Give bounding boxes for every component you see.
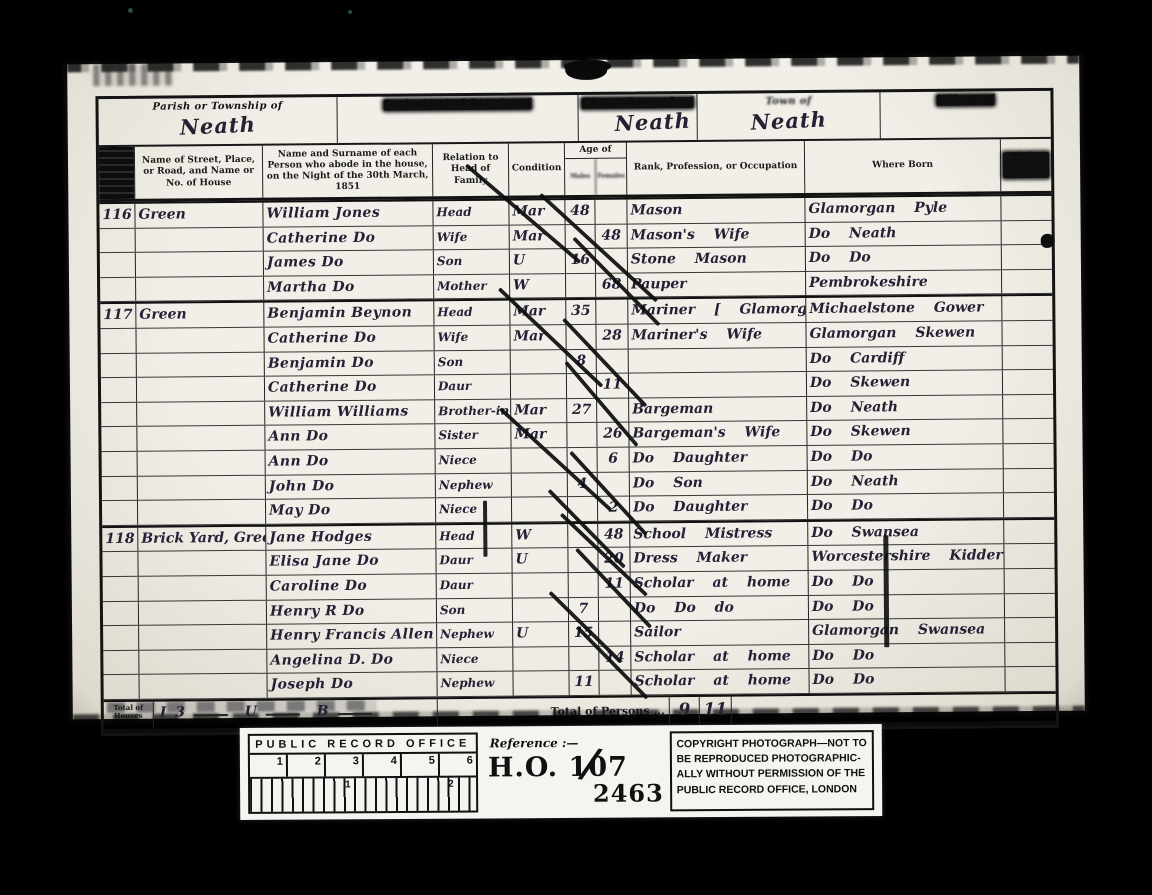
cell-age-male xyxy=(569,573,599,597)
cell-street xyxy=(138,551,266,576)
cell-street xyxy=(136,276,264,301)
pro-reference-box: Reference :— H.O. 107 / 2463 xyxy=(488,731,660,812)
cell-occupation: Bargeman's Wife xyxy=(629,421,807,446)
cell-schedule xyxy=(103,626,139,650)
cell-name: Benjamin Do xyxy=(265,351,435,376)
cell-occupation: Mason's Wife xyxy=(628,223,806,248)
cell-occupation: Do Daughter xyxy=(630,446,808,471)
piece-number: 2463 xyxy=(593,778,664,807)
village-label: Village of xyxy=(937,94,994,105)
cell-schedule xyxy=(103,651,139,675)
census-rows: 116 Green William Jones Head Mar 48 Maso… xyxy=(99,194,1055,700)
pencil-smudge xyxy=(93,64,173,87)
cell-relation: Niece xyxy=(437,647,513,671)
column-headers: Name of Street, Place, or Road, and Name… xyxy=(99,139,1051,202)
col-age: Age of Males Females xyxy=(565,143,627,196)
cell-born: Do Do xyxy=(809,594,1005,619)
cell-occupation: Mason xyxy=(627,198,805,223)
houses-underline xyxy=(194,714,228,716)
scan-speck xyxy=(348,10,352,14)
cell-condition: U xyxy=(513,622,569,646)
ruler-centimetres: 1 2 xyxy=(250,776,476,812)
reference-label: Reference :— xyxy=(490,735,660,750)
cell-relation: Nephew xyxy=(437,672,513,696)
copyright-line: COPYRIGHT PHOTOGRAPH—NOT TO xyxy=(676,736,866,752)
cell-whether xyxy=(1005,643,1055,667)
pro-copyright-box: COPYRIGHT PHOTOGRAPH—NOT TO BE REPRODUCE… xyxy=(669,730,874,811)
town-box: Town of Neath xyxy=(697,92,880,140)
cell-relation: Daur xyxy=(437,573,513,597)
col-schedule xyxy=(99,147,135,199)
cell-born: Glamorgan Skewen xyxy=(806,321,1002,346)
cell-relation: Niece xyxy=(436,498,512,522)
cell-schedule xyxy=(101,378,137,402)
photo-background: Parish or Township of Neath Ecclesiastic… xyxy=(0,0,1152,895)
cell-schedule xyxy=(100,228,136,252)
parish-box: Parish or Township of Neath xyxy=(98,97,337,145)
cell-relation: Son xyxy=(437,598,513,622)
cell-schedule: 117 xyxy=(100,304,136,328)
houses-b-label: B xyxy=(317,703,331,719)
ink-blot xyxy=(565,60,607,80)
col-age-males: Males xyxy=(565,159,596,195)
cell-occupation: School Mistress xyxy=(630,522,808,547)
cell-condition: W xyxy=(510,274,566,298)
cell-name: John Do xyxy=(266,474,436,499)
cell-occupation: Scholar at home xyxy=(631,645,809,670)
cell-relation: Wife xyxy=(434,326,510,350)
cell-born: Do Neath xyxy=(807,395,1003,420)
cell-schedule xyxy=(102,552,138,576)
scan-speck xyxy=(128,8,133,13)
houses-u-label: U xyxy=(245,704,259,720)
cell-name: Benjamin Beynon xyxy=(264,302,434,327)
cell-age-male: 35 xyxy=(566,300,596,324)
cell-schedule xyxy=(100,329,136,353)
col-born: Where Born xyxy=(805,139,1001,193)
cell-street xyxy=(138,475,266,500)
houses-i-value: 3 xyxy=(175,704,187,720)
cell-age-female xyxy=(596,300,628,324)
cell-born: Do Swansea xyxy=(808,520,1004,545)
cell-street: Brick Yard, Green xyxy=(138,526,266,551)
cell-whether xyxy=(1005,593,1055,617)
cell-whether xyxy=(1004,544,1054,568)
cell-street xyxy=(139,649,267,674)
ruler-inches: 1 2 3 4 5 6 xyxy=(250,752,476,777)
copyright-line: PUBLIC RECORD OFFICE, LONDON xyxy=(677,782,867,798)
cell-born: Do Skewen xyxy=(807,370,1003,395)
houses-underline xyxy=(337,713,371,715)
cell-street xyxy=(136,328,264,353)
cell-name: May Do xyxy=(266,498,436,523)
total-houses-label: Total of Houses xyxy=(104,702,154,729)
borough-label: City or Borough of xyxy=(582,97,693,108)
cell-born: Do Do xyxy=(809,643,1005,668)
pro-stamp-strip: PUBLIC RECORD OFFICE 1 2 3 4 5 6 1 2 Ref… xyxy=(240,724,883,820)
borough-value: Neath xyxy=(614,107,691,135)
cell-schedule xyxy=(100,253,136,277)
cell-whether xyxy=(1004,444,1054,468)
cell-whether xyxy=(1002,296,1052,320)
col-name: Name and Surname of each Person who abod… xyxy=(263,144,433,197)
cell-relation: Nephew xyxy=(437,623,513,647)
houses-i-label: I xyxy=(160,704,169,720)
cell-schedule: 116 xyxy=(99,204,135,228)
cell-born: Do Do xyxy=(808,493,1004,518)
cell-schedule xyxy=(102,501,138,525)
cell-name: Henry R Do xyxy=(267,599,437,624)
cell-schedule xyxy=(103,577,139,601)
cell-street xyxy=(138,500,266,525)
cell-whether xyxy=(1003,345,1053,369)
cell-name: Catherine Do xyxy=(264,226,434,251)
district-box: Ecclesiastical District of xyxy=(337,95,578,143)
parish-value: Neath xyxy=(179,111,256,139)
cell-street xyxy=(136,252,264,277)
col-age-label: Age of xyxy=(565,143,626,160)
cell-born: Do Do xyxy=(809,569,1005,594)
cell-relation: Head xyxy=(436,524,512,548)
cell-condition: U xyxy=(510,249,566,273)
cell-street: Green xyxy=(135,203,263,228)
col-whether-label: Whether Blind or Deaf-and-Dumb xyxy=(1003,152,1049,178)
cell-age-female: 48 xyxy=(596,224,628,248)
houses-underline xyxy=(266,713,300,715)
cell-whether xyxy=(1003,419,1053,443)
total-persons-females: 11 xyxy=(700,697,732,724)
cell-street xyxy=(137,426,265,451)
cell-name: Catherine Do xyxy=(264,326,434,351)
cell-occupation xyxy=(629,372,807,397)
cell-name: Ann Do xyxy=(265,425,435,450)
cell-condition xyxy=(513,573,569,597)
cell-schedule xyxy=(101,403,137,427)
cell-age-male: 27 xyxy=(567,399,597,423)
cell-name: William Jones xyxy=(263,201,433,226)
cell-relation: Niece xyxy=(436,449,512,473)
pro-ruler-box: PUBLIC RECORD OFFICE 1 2 3 4 5 6 1 2 xyxy=(248,733,478,814)
cell-name: Angelina D. Do xyxy=(267,648,437,673)
cell-born: Worcestershire Kidderminster xyxy=(808,545,1004,570)
cell-born: Do Do xyxy=(808,444,1004,469)
cell-occupation: Do Do do xyxy=(631,595,809,620)
col-street: Name of Street, Place, or Road, and Name… xyxy=(135,146,263,199)
cell-name: Jane Hodges xyxy=(266,525,436,550)
cell-born: Do Neath xyxy=(806,221,1002,246)
cell-occupation xyxy=(629,348,807,373)
cell-occupation: Pauper xyxy=(628,272,806,297)
ink-stroke-vertical xyxy=(883,535,889,647)
footer-empty xyxy=(732,694,1056,724)
cell-born: Do Do xyxy=(809,668,1005,693)
cell-street xyxy=(137,377,265,402)
total-persons-label: Total of Persons ... xyxy=(438,697,670,726)
cell-age-male xyxy=(569,646,599,670)
cell-condition xyxy=(511,350,567,374)
cell-relation: Mother xyxy=(434,274,510,298)
col-whether: Whether Blind or Deaf-and-Dumb xyxy=(1001,139,1051,191)
cell-born: Do Cardiff xyxy=(807,346,1003,371)
cell-whether xyxy=(1003,370,1053,394)
cell-age-female: 28 xyxy=(596,325,628,349)
cell-name: Joseph Do xyxy=(267,673,437,698)
cell-whether xyxy=(1005,618,1055,642)
cell-relation: Daur xyxy=(435,375,511,399)
col-age-females: Females xyxy=(596,159,626,195)
cell-relation: Sister xyxy=(435,424,511,448)
cell-name: James Do xyxy=(264,250,434,275)
cell-whether xyxy=(1005,667,1055,691)
cell-name: Elisa Jane Do xyxy=(266,550,436,575)
cell-name: Martha Do xyxy=(264,275,434,300)
copyright-line: BE REPRODUCED PHOTOGRAPHIC- xyxy=(677,751,867,767)
ink-stroke-vertical xyxy=(483,501,487,557)
col-age-sub: Males Females xyxy=(565,159,626,195)
cell-schedule xyxy=(103,601,139,625)
cell-occupation: Stone Mason xyxy=(628,247,806,272)
cell-name: Catherine Do xyxy=(265,375,435,400)
cell-street xyxy=(137,352,265,377)
col-occupation: Rank, Profession, or Occupation xyxy=(627,141,805,195)
cell-street: Green xyxy=(136,303,264,328)
cell-condition: U xyxy=(512,548,568,572)
cm-mark: 1 xyxy=(345,779,351,790)
cell-occupation: Dress Maker xyxy=(630,546,808,571)
cell-occupation: Do Daughter xyxy=(630,495,808,520)
cell-condition: W xyxy=(512,524,568,548)
cell-whether xyxy=(1005,569,1055,593)
cell-street xyxy=(139,576,267,601)
cell-born: Michaelstone Gower xyxy=(806,297,1002,322)
cell-name: Ann Do xyxy=(266,449,436,474)
cell-occupation: Do Son xyxy=(630,471,808,496)
cell-occupation: Mariner's Wife xyxy=(628,323,806,348)
cell-relation: Head xyxy=(434,301,510,325)
cell-relation: Daur xyxy=(436,549,512,573)
cell-street xyxy=(136,227,264,252)
inch-mark: 3 xyxy=(326,754,364,776)
cell-name: Caroline Do xyxy=(267,574,437,599)
cell-street xyxy=(139,674,267,699)
cell-born: Pembrokeshire xyxy=(806,270,1002,295)
inch-mark: 5 xyxy=(402,754,440,776)
cell-whether xyxy=(1002,245,1052,269)
cell-born: Do Skewen xyxy=(807,420,1003,445)
parish-label: Parish or Township of xyxy=(152,101,282,113)
cell-whether xyxy=(1001,196,1051,220)
cell-occupation: Sailor xyxy=(631,620,809,645)
cell-condition xyxy=(513,671,569,695)
cell-name: Henry Francis Allen xyxy=(267,623,437,648)
inch-mark: 2 xyxy=(288,754,326,776)
cell-born: Glamorgan Pyle xyxy=(805,196,1001,221)
cell-relation: Wife xyxy=(434,225,510,249)
cell-whether xyxy=(1004,468,1054,492)
cell-whether xyxy=(1002,321,1052,345)
cell-condition xyxy=(512,473,568,497)
cell-relation: Nephew xyxy=(436,473,512,497)
cell-street xyxy=(139,625,267,650)
town-label: Town of xyxy=(765,96,811,107)
cell-whether xyxy=(1004,493,1054,517)
cell-schedule xyxy=(100,278,136,302)
locality-header: Parish or Township of Neath Ecclesiastic… xyxy=(98,91,1050,147)
cell-schedule xyxy=(101,427,137,451)
cell-whether xyxy=(1002,270,1052,294)
cell-occupation: Bargeman xyxy=(629,397,807,422)
cell-born: Glamorgan Swansea xyxy=(809,618,1005,643)
copyright-line: ALLY WITHOUT PERMISSION OF THE xyxy=(677,767,867,783)
cell-condition xyxy=(511,374,567,398)
census-table: Parish or Township of Neath Ecclesiastic… xyxy=(95,88,1059,736)
cell-whether xyxy=(1004,520,1054,544)
pro-title: PUBLIC RECORD OFFICE xyxy=(250,735,476,753)
total-persons-males: 9 xyxy=(670,697,700,724)
cell-street xyxy=(138,451,266,476)
inch-mark: 1 xyxy=(250,755,288,777)
cell-born: Do Neath xyxy=(808,469,1004,494)
cell-age-male xyxy=(567,423,597,447)
cell-age-male xyxy=(566,274,596,298)
cell-street xyxy=(137,401,265,426)
total-houses-values: I 3 U B xyxy=(154,699,438,728)
cell-schedule xyxy=(101,353,137,377)
cell-relation: Son xyxy=(434,250,510,274)
cell-schedule xyxy=(103,675,139,699)
cell-relation: Son xyxy=(435,350,511,374)
cell-relation: Head xyxy=(433,201,509,225)
cm-mark: 2 xyxy=(448,779,454,790)
cell-occupation: Scholar at home xyxy=(631,669,809,694)
inch-mark: 6 xyxy=(440,754,476,776)
town-value: Neath xyxy=(750,106,827,134)
cell-schedule xyxy=(102,452,138,476)
cell-street xyxy=(139,600,267,625)
census-sheet: Parish or Township of Neath Ecclesiastic… xyxy=(67,56,1085,720)
cell-condition xyxy=(513,647,569,671)
cell-born: Do Do xyxy=(806,245,1002,270)
inch-mark: 4 xyxy=(364,754,402,776)
cell-schedule xyxy=(102,476,138,500)
cell-schedule: 118 xyxy=(102,528,138,552)
cell-name: William Williams xyxy=(265,400,435,425)
cell-age-female: 6 xyxy=(598,447,630,471)
borough-box: City or Borough of Neath xyxy=(578,94,697,141)
cell-whether xyxy=(1003,395,1053,419)
col-condition: Condition xyxy=(509,143,565,195)
cell-age-male: 11 xyxy=(569,671,599,695)
cell-occupation: Scholar at home xyxy=(631,571,809,596)
district-label: Ecclesiastical District of xyxy=(384,98,531,110)
village-box: Village of xyxy=(880,91,1050,138)
cell-condition: Mar xyxy=(511,399,567,423)
cell-age-female xyxy=(595,200,627,224)
